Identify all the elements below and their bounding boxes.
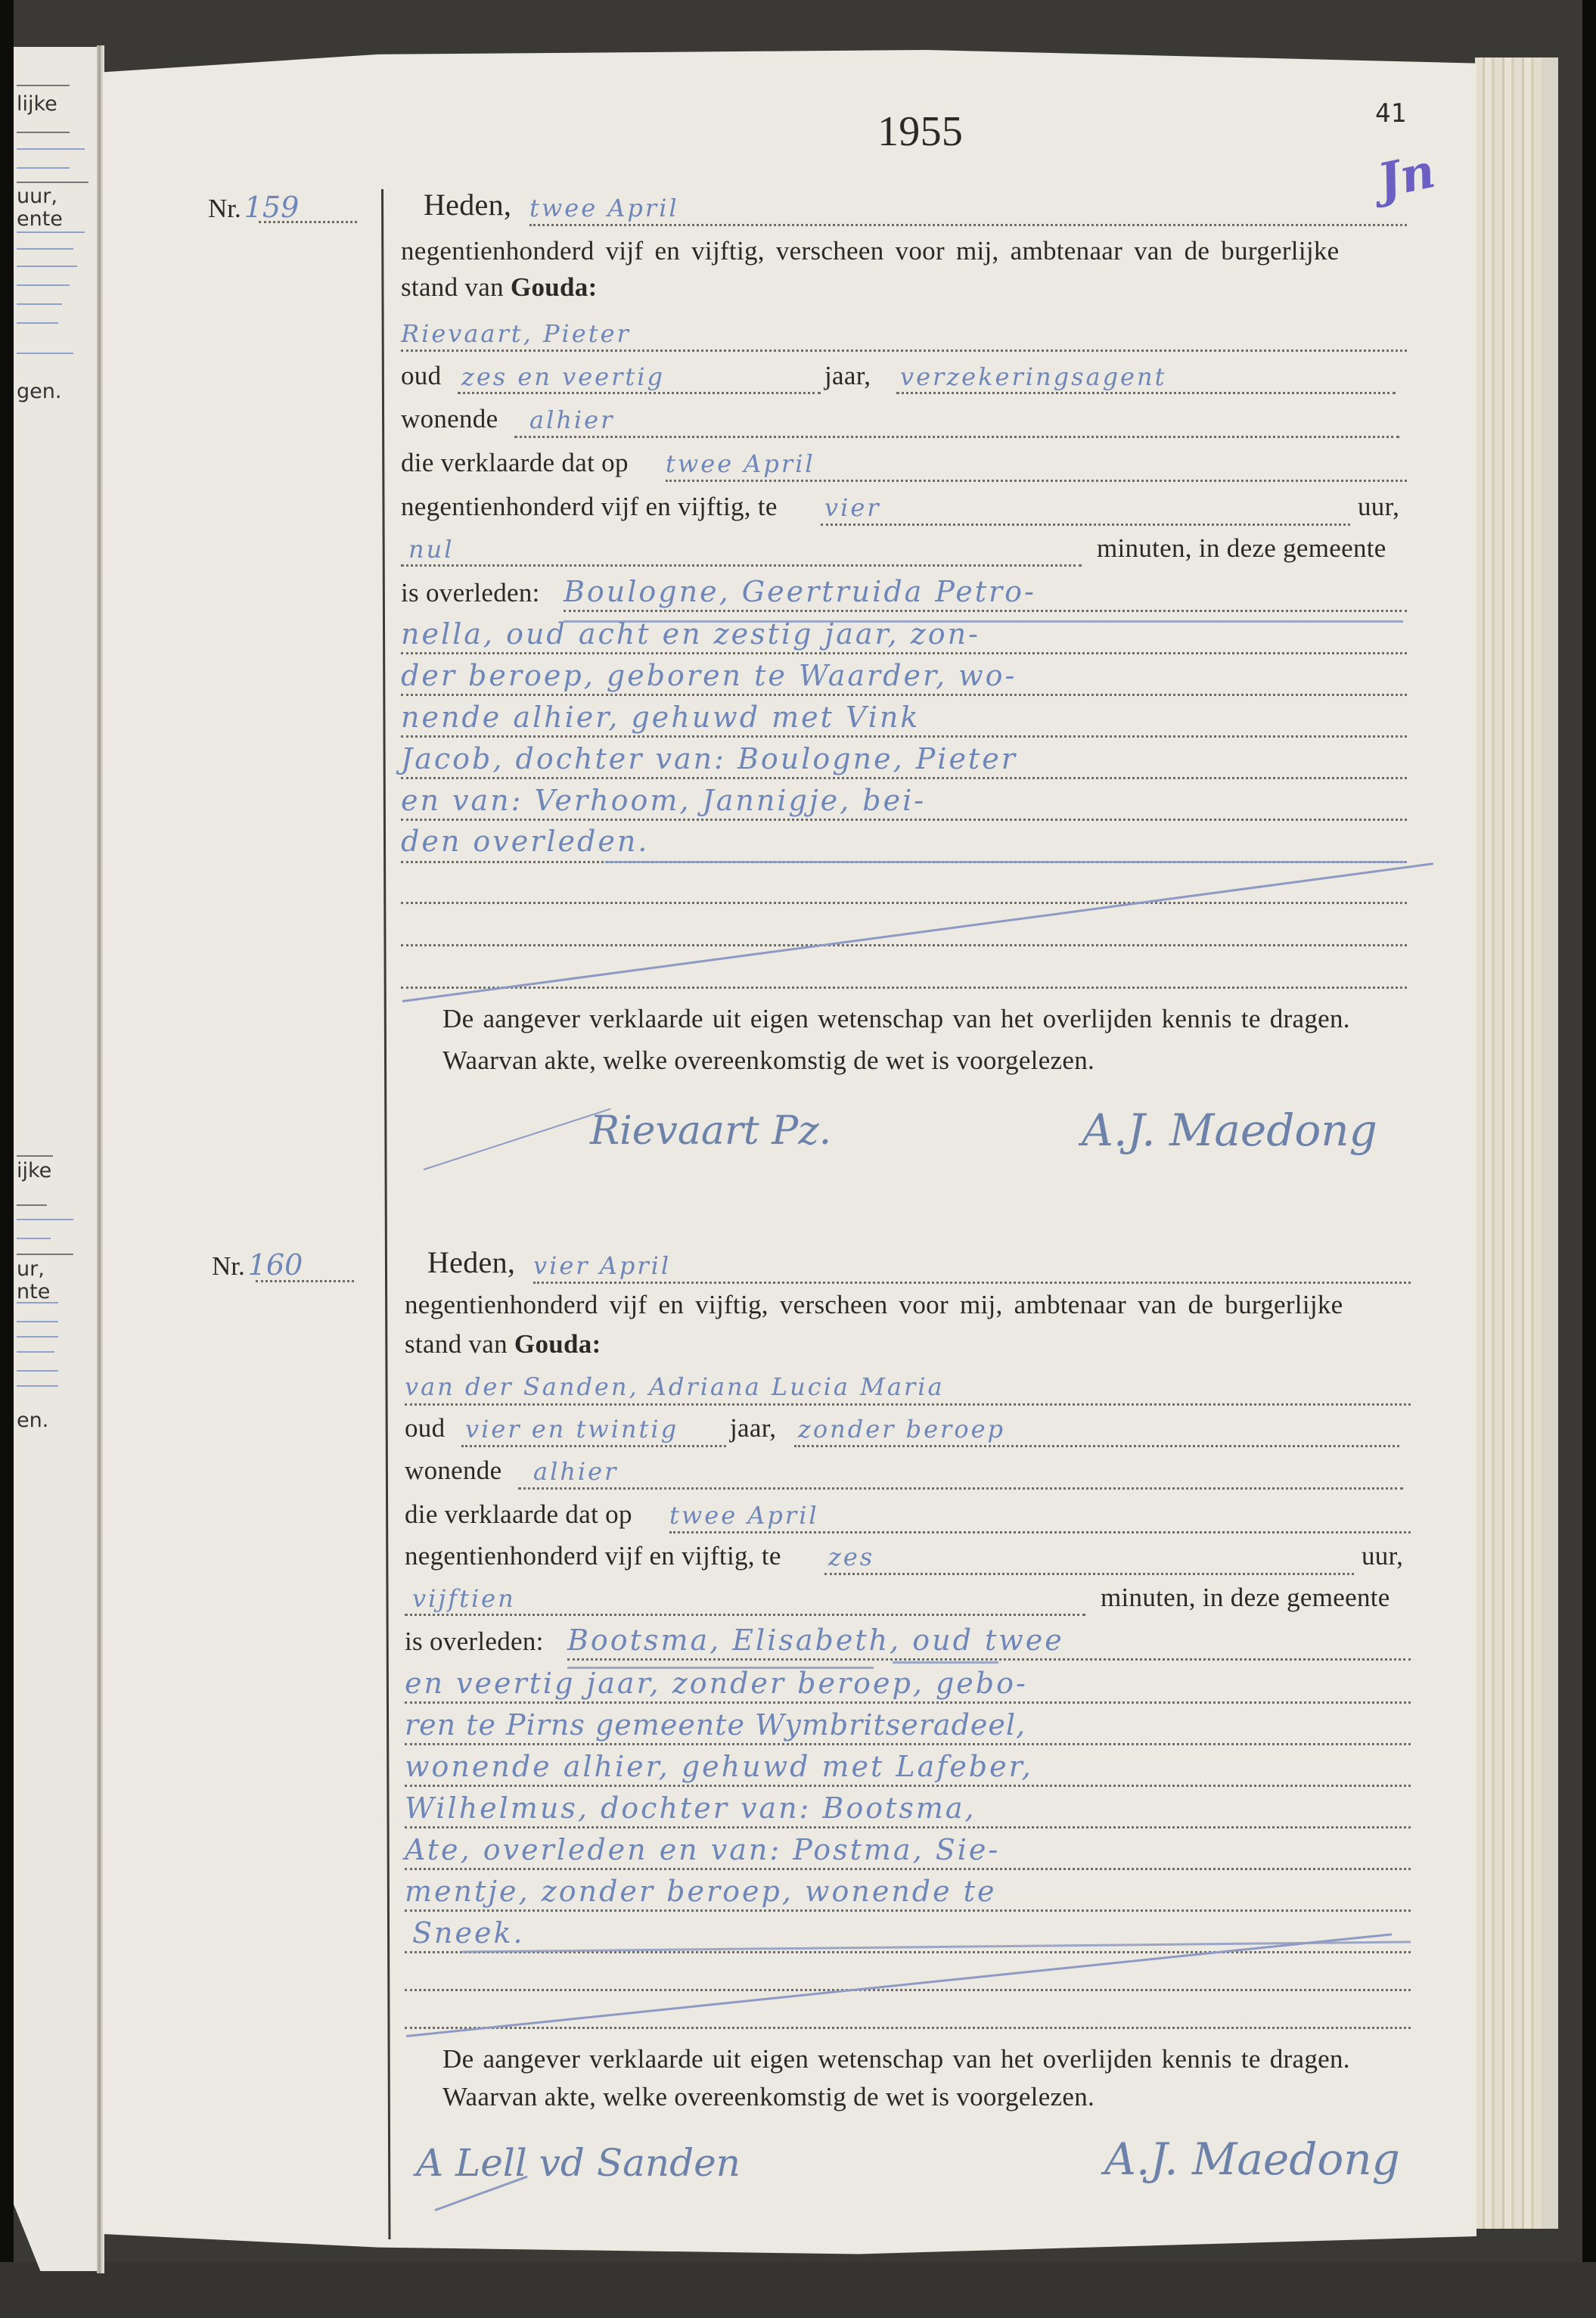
declarant-name: van der Sanden, Adriana Lucia Maria (405, 1372, 945, 1401)
deceased-line-7: mentje, zonder beroep, wonende te (405, 1876, 1411, 1914)
jaar-label: jaar, (730, 1413, 776, 1443)
hour-line: negentienhonderd vijf en vijftig, te vie… (401, 490, 1407, 528)
intro-line: negentienhonderd vijf en vijftig, versch… (405, 1288, 1411, 1326)
aangever-line: De aangever verklaarde uit eigen wetensc… (442, 1002, 1449, 1040)
closing-line (605, 861, 1407, 863)
dotted-line (514, 436, 1399, 438)
deceased-text: Jacob, dochter van: Boulogne, Pieter (401, 742, 1017, 775)
prev-page-handwriting (17, 164, 70, 169)
minutes-label: minuten, in deze gemeente (1101, 1583, 1390, 1613)
age-value: zes en veertig (461, 362, 665, 391)
deceased-line-3: ren te Pirns gemeente Wymbritseradeel, (405, 1710, 1411, 1748)
prev-page-text: ente (17, 207, 63, 231)
deceased-line-4: nende alhier, gehuwd met Vink (401, 702, 1407, 740)
residence-value: alhier (529, 405, 614, 434)
waarvan-text: Waarvan akte, welke overeenkomstig de we… (442, 2082, 1095, 2112)
dotted-line (259, 221, 357, 223)
prev-page-handwriting (17, 1299, 58, 1303)
dotted-line (401, 350, 1407, 352)
waarvan-text: Waarvan akte, welke overeenkomstig de we… (442, 1046, 1095, 1076)
overleden-label: is overleden: (401, 578, 540, 608)
prev-page-handwriting (17, 1382, 58, 1387)
prev-page-handwriting (17, 228, 85, 233)
prev-page-text: gen. (17, 380, 61, 403)
age-line: oud vier en twintig jaar, zonder beroep (405, 1412, 1411, 1450)
age-value: vier en twintig (465, 1415, 678, 1443)
dotted-line (401, 694, 1407, 696)
prev-page-rule (17, 1204, 47, 1206)
death-date-line: die verklaarde dat op twee April (405, 1498, 1411, 1536)
residence-value: alhier (533, 1457, 618, 1486)
deceased-text: ren te Pirns gemeente Wymbritseradeel, (405, 1708, 1026, 1742)
dotted-line (518, 1487, 1403, 1490)
dotted-line (458, 392, 821, 394)
residence-line: wonende alhier (405, 1454, 1411, 1492)
entry-number: Nr. 159 (208, 191, 299, 224)
background-table-surface (0, 2262, 1596, 2318)
deceased-text: Sneek. (412, 1916, 525, 1950)
te-label: negentienhonderd vijf en vijftig, te (401, 492, 778, 522)
te-label: negentienhonderd vijf en vijftig, te (405, 1541, 781, 1571)
dotted-line (401, 564, 1082, 567)
heden-label: Heden, (427, 1244, 515, 1280)
hour-line: negentienhonderd vijf en vijftig, te zes… (405, 1540, 1411, 1577)
entry-number: Nr. 160 (212, 1248, 303, 1282)
dotted-line (401, 944, 1407, 946)
dotted-line (461, 1445, 726, 1447)
stand-text: stand van Gouda: (405, 1329, 601, 1359)
prev-page-rule (17, 182, 88, 183)
death-date-value: twee April (669, 1501, 819, 1530)
dotted-line (405, 1868, 1411, 1870)
signature-declarant: A Lell vd Sanden (416, 2141, 741, 2185)
wonende-label: wonende (401, 404, 498, 434)
heden-date: vier April (533, 1251, 671, 1280)
dotted-line (401, 902, 1407, 904)
oud-label: oud (401, 361, 441, 391)
municipality-name: Gouda: (514, 1329, 601, 1359)
deceased-line-3: der beroep, geboren te Waarder, wo- (401, 660, 1407, 698)
dotted-line (405, 1614, 1085, 1616)
deceased-text: den overleden. (401, 825, 649, 858)
deceased-text: Ate, overleden en van: Postma, Sie- (405, 1833, 1000, 1866)
overleden-label: is overleden: (405, 1627, 544, 1657)
heden-label: Heden, (424, 187, 511, 222)
dotted-line (564, 610, 1407, 612)
death-date-value: twee April (666, 449, 815, 478)
deceased-text: der beroep, geboren te Waarder, wo- (401, 659, 1017, 692)
deceased-text: en van: Verhoom, Jannigje, bei- (401, 784, 926, 817)
dotted-line (401, 777, 1407, 779)
entry-number-label: Nr. (212, 1251, 245, 1281)
page-number: 41 (1375, 98, 1406, 129)
prev-page-handwriting (17, 1216, 73, 1220)
intro-text: negentienhonderd vijf en vijftig, versch… (405, 1290, 1343, 1320)
waarvan-line: Waarvan akte, welke overeenkomstig de we… (442, 2080, 1449, 2118)
dotted-line (256, 1280, 354, 1282)
oud-label: oud (405, 1413, 445, 1443)
deceased-line-2: nella, oud acht en zestig jaar, zon- (401, 619, 1407, 657)
prev-page-text: uur, (17, 185, 57, 208)
dotted-line (405, 1701, 1411, 1704)
aangever-text: De aangever verklaarde uit eigen wetensc… (442, 2044, 1350, 2074)
wonende-label: wonende (405, 1456, 501, 1486)
prev-page-text: ijke (17, 1159, 51, 1182)
deceased-text: en veertig jaar, zonder beroep, gebo- (405, 1667, 1028, 1700)
prev-page-handwriting (17, 1333, 58, 1338)
deceased-line-6: en van: Verhoom, Jannigje, bei- (401, 785, 1407, 823)
stand-text: stand van Gouda: (401, 272, 598, 303)
uur-label: uur, (1362, 1541, 1403, 1571)
residence-line: wonende alhier (401, 402, 1407, 440)
prev-page-handwriting (17, 145, 85, 150)
dotted-line (405, 1785, 1411, 1787)
deceased-text: Wilhelmus, dochter van: Bootsma, (405, 1791, 977, 1825)
prev-page-handwriting (17, 1348, 54, 1353)
dat-op-label: die verklaarde dat op (405, 1499, 632, 1530)
occupation-value: zonder beroep (798, 1415, 1005, 1443)
deceased-line-7: den overleden. (401, 826, 1407, 864)
stand-line: stand van Gouda: (401, 271, 1407, 309)
dat-op-label: die verklaarde dat op (401, 448, 629, 478)
name-underline (893, 1661, 998, 1664)
aangever-text: De aangever verklaarde uit eigen wetensc… (442, 1004, 1350, 1034)
background-right-edge (1582, 0, 1596, 2318)
municipality-name: Gouda: (511, 272, 598, 302)
prev-page-handwriting (17, 319, 58, 324)
dotted-line (401, 652, 1407, 654)
deceased-line-2: en veertig jaar, zonder beroep, gebo- (405, 1668, 1411, 1706)
dotted-line (794, 1445, 1399, 1447)
dotted-line (669, 1531, 1411, 1533)
prev-page-handwriting (17, 350, 73, 354)
prev-page-text: en. (17, 1409, 48, 1432)
aangever-line: De aangever verklaarde uit eigen wetensc… (442, 2043, 1449, 2080)
uur-label: uur, (1358, 492, 1399, 522)
heden-date: twee April (529, 194, 679, 222)
dotted-line (405, 1989, 1411, 1991)
previous-page-fragment: lijke uur, ente gen. ijke ur, nte en. (14, 47, 103, 2271)
death-date-line: die verklaarde dat op twee April (401, 446, 1407, 484)
book-page-edges (1475, 57, 1558, 2229)
prev-page-handwriting (17, 1367, 58, 1372)
prev-page-handwriting (17, 1235, 51, 1239)
prev-page-handwriting (17, 245, 73, 250)
dotted-line (567, 1658, 1411, 1661)
intro-line: negentienhonderd vijf en vijftig, versch… (401, 235, 1407, 272)
heden-line: Heden, vier April (427, 1248, 1433, 1286)
declarant-line: Rievaart, Pieter (401, 316, 1407, 354)
deceased-line-5: Wilhelmus, dochter van: Bootsma, (405, 1793, 1411, 1831)
signature-official: A.J. Maedong (1104, 2133, 1400, 2185)
deceased-line-4: wonende alhier, gehuwd met Lafeber, (405, 1751, 1411, 1789)
prev-page-text: lijke (17, 92, 57, 116)
dotted-line (896, 392, 1396, 394)
page-year-header: 1955 (877, 107, 963, 156)
prev-page-handwriting (17, 300, 62, 305)
minutes-label: minuten, in deze gemeente (1097, 533, 1386, 564)
dotted-line (824, 1573, 1354, 1575)
stand-line: stand van Gouda: (405, 1328, 1411, 1366)
prev-page-handwriting (17, 1318, 58, 1322)
dotted-line (401, 819, 1407, 821)
intro-text: negentienhonderd vijf en vijftig, versch… (401, 236, 1340, 266)
jaar-label: jaar, (824, 361, 871, 391)
dotted-line (533, 1282, 1411, 1284)
entry-number-value: 159 (244, 191, 300, 224)
waarvan-line: Waarvan akte, welke overeenkomstig de we… (442, 1044, 1449, 1082)
dotted-line (405, 2027, 1411, 2029)
deceased-line-5: Jacob, dochter van: Boulogne, Pieter (401, 744, 1407, 781)
minutes-value: vijftien (412, 1584, 516, 1613)
prev-page-handwriting (17, 281, 70, 286)
dotted-line (405, 1826, 1411, 1829)
deceased-line-1: is overleden: Boulogne, Geertruida Petro… (401, 576, 1407, 614)
background-left-edge (0, 0, 14, 2318)
prev-page-rule (17, 1155, 53, 1157)
deceased-text: Bootsma, Elisabeth, oud twee (567, 1624, 1064, 1657)
dotted-line (405, 1743, 1411, 1745)
entry-number-value: 160 (248, 1248, 303, 1282)
signature-declarant: Rievaart Pz. (590, 1108, 831, 1154)
dotted-line (401, 987, 1407, 989)
deceased-text: nende alhier, gehuwd met Vink (401, 701, 920, 734)
prev-page-text: ur, (17, 1257, 45, 1281)
dotted-line (666, 480, 1407, 482)
dotted-line (405, 1909, 1411, 1912)
dotted-line (405, 1403, 1411, 1406)
deceased-line-1: is overleden: Bootsma, Elisabeth, oud tw… (405, 1625, 1411, 1663)
dotted-line (821, 524, 1350, 526)
declarant-line: van der Sanden, Adriana Lucia Maria (405, 1369, 1411, 1407)
minutes-value: nul (408, 535, 454, 564)
prev-page-rule (17, 85, 70, 86)
deceased-text: wonende alhier, gehuwd met Lafeber, (405, 1750, 1033, 1783)
prev-page-rule (17, 1254, 73, 1255)
dotted-line (529, 224, 1407, 226)
prev-page-handwriting (17, 263, 77, 267)
deceased-text: Boulogne, Geertruida Petro- (564, 575, 1036, 608)
declarant-name: Rievaart, Pieter (401, 319, 631, 348)
hour-value: zes (828, 1543, 874, 1571)
heden-line: Heden, twee April (424, 191, 1430, 228)
prev-page-rule (17, 132, 70, 133)
entry-number-label: Nr. (208, 194, 241, 223)
deceased-text: mentje, zonder beroep, wonende te (405, 1875, 996, 1908)
deceased-text: nella, oud acht en zestig jaar, zon- (401, 617, 980, 651)
occupation-value: verzekeringsagent (900, 362, 1166, 391)
hour-value: vier (824, 493, 881, 522)
dotted-line (401, 735, 1407, 738)
deceased-line-6: Ate, overleden en van: Postma, Sie- (405, 1835, 1411, 1872)
signature-official: A.J. Maedong (1082, 1105, 1377, 1156)
